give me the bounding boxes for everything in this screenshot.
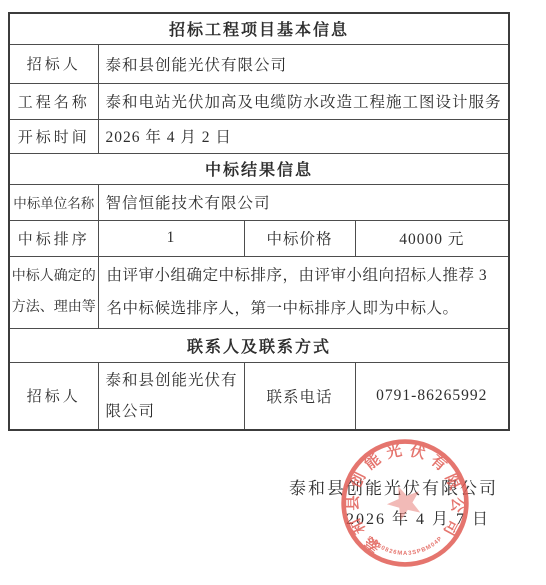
svg-text:有: 有 (427, 451, 450, 475)
bid-rank-label: 中标排序 (9, 220, 98, 256)
seal-ring (344, 442, 467, 565)
determination-method-value: 由评审小组确定中标排序，由评审小组向招标人推荐 3 名中标候选排序人，第一中标排… (98, 256, 509, 328)
company-seal: 泰 和 县 创 能 光 伏 有 限 公 司 91360826MA3SPBM04P (339, 437, 471, 569)
section1-title: 招标工程项目基本信息 (9, 13, 509, 44)
bid-opening-time-value: 2026 年 4 月 2 日 (98, 119, 509, 153)
table-row: 联系人及联系方式 (9, 328, 509, 362)
contact-phone-value: 0791-86265992 (355, 362, 509, 430)
contact-phone-label: 联系电话 (244, 362, 355, 430)
project-name-label: 工程名称 (9, 83, 98, 119)
table-row: 中标结果信息 (9, 153, 509, 184)
tenderer-label: 招标人 (9, 44, 98, 83)
table-row: 招标人 泰和县创能光伏有限公司 联系电话 0791-86265992 (9, 362, 509, 430)
svg-text:光: 光 (385, 442, 403, 462)
section2-title: 中标结果信息 (9, 153, 509, 184)
table-row: 中标单位名称 智信恒能技术有限公司 (9, 184, 509, 220)
bid-price-value: 40000 元 (355, 220, 509, 256)
winner-name-label: 中标单位名称 (9, 184, 98, 220)
winner-name-value: 智信恒能技术有限公司 (98, 184, 509, 220)
bid-opening-time-label: 开标时间 (9, 119, 98, 153)
table-row: 中标人确定的方法、理由等 由评审小组确定中标排序，由评审小组向招标人推荐 3 名… (9, 256, 509, 328)
svg-text:泰: 泰 (361, 533, 384, 557)
bid-price-label: 中标价格 (244, 220, 355, 256)
determination-method-label: 中标人确定的方法、理由等 (9, 256, 98, 328)
svg-text:伏: 伏 (408, 441, 428, 462)
section3-title: 联系人及联系方式 (9, 328, 509, 362)
bid-rank-value: 1 (98, 220, 244, 256)
table-row: 中标排序 1 中标价格 40000 元 (9, 220, 509, 256)
tenderer-value: 泰和县创能光伏有限公司 (98, 44, 509, 83)
seal-registration-code: 91360826MA3SPBM04P (366, 536, 444, 557)
signature-company: 泰和县创能光伏有限公司 (289, 474, 498, 499)
contact-tenderer-label: 招标人 (9, 362, 98, 430)
tender-result-table: 招标工程项目基本信息 招标人 泰和县创能光伏有限公司 工程名称 泰和电站光伏加高… (8, 12, 510, 431)
table-row: 招标工程项目基本信息 (9, 13, 509, 44)
table-row: 开标时间 2026 年 4 月 2 日 (9, 119, 509, 153)
table-row: 工程名称 泰和电站光伏加高及电缆防水改造工程施工图设计服务 (9, 83, 509, 119)
document-page: 招标工程项目基本信息 招标人 泰和县创能光伏有限公司 工程名称 泰和电站光伏加高… (0, 0, 546, 585)
project-name-value: 泰和电站光伏加高及电缆防水改造工程施工图设计服务 (98, 83, 509, 119)
svg-text:能: 能 (361, 450, 384, 474)
table-row: 招标人 泰和县创能光伏有限公司 (9, 44, 509, 83)
seal-code-text: 91360826MA3SPBM04P (366, 536, 444, 557)
contact-tenderer-value: 泰和县创能光伏有限公司 (98, 362, 244, 430)
signature-date: 2026 年 4 月 7 日 (346, 506, 490, 529)
